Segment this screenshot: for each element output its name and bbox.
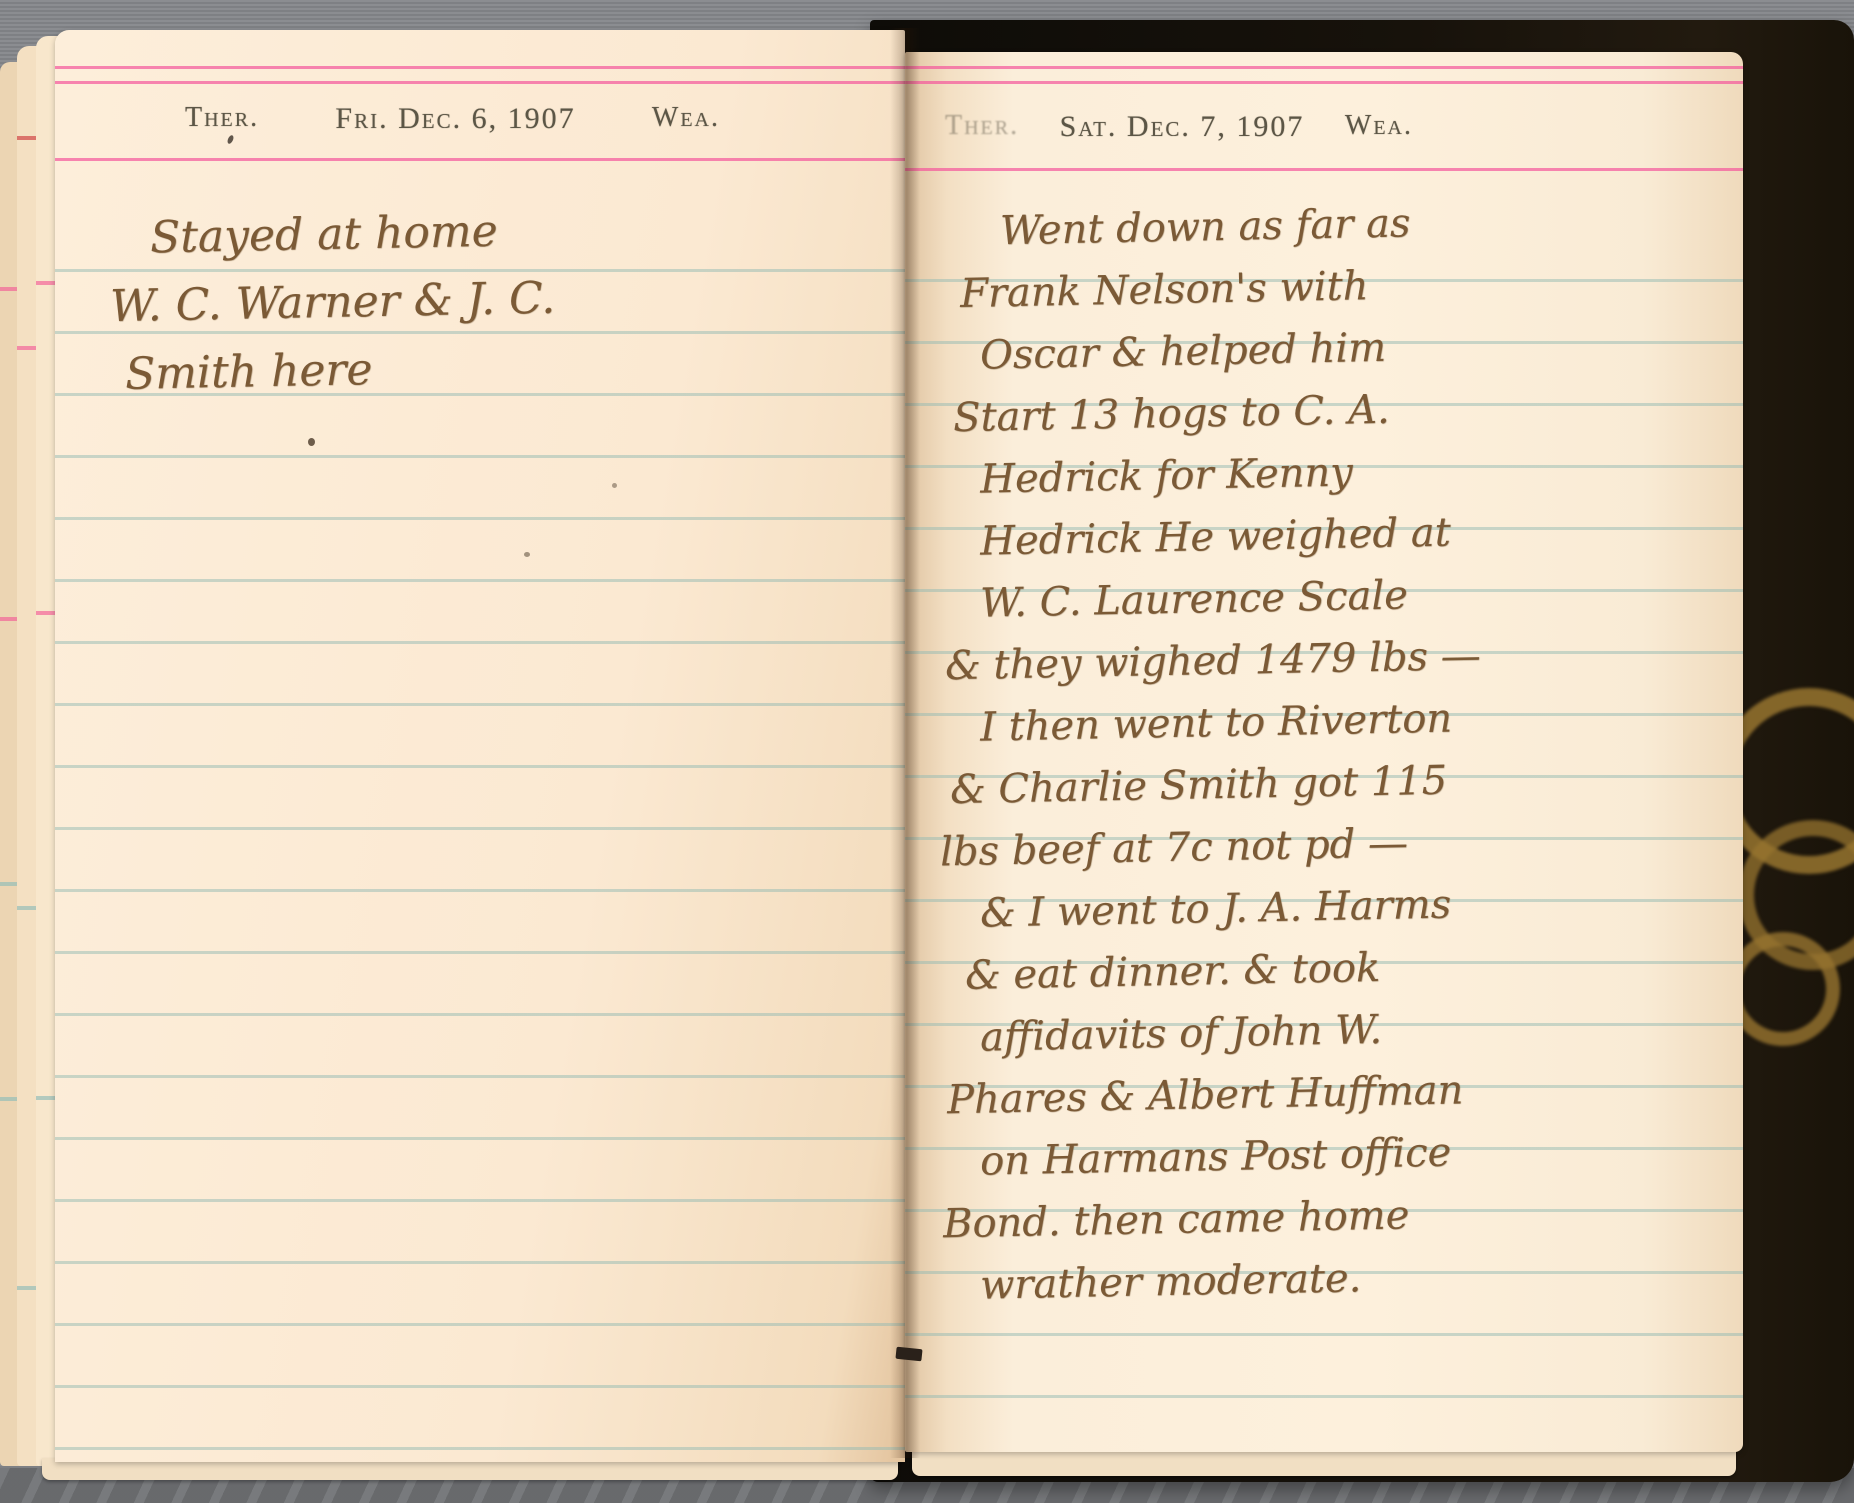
page-header: Ther. Sat. Dec. 7, 1907 Wea. xyxy=(905,110,1743,144)
page-header: Ther. Fri. Dec. 6, 1907 Wea. xyxy=(55,102,905,136)
pink-rule xyxy=(905,168,1743,171)
weather-label: Wea. xyxy=(1345,110,1413,144)
ink-speck xyxy=(308,438,315,446)
page-marker xyxy=(895,1347,922,1362)
diary-page-right: Ther. Sat. Dec. 7, 1907 Wea. Went down a… xyxy=(905,52,1743,1452)
pink-rule xyxy=(55,158,905,161)
thermometer-label: Ther. xyxy=(185,102,259,136)
diary-page-left: Ther. Fri. Dec. 6, 1907 Wea. Stayed at h… xyxy=(55,30,905,1462)
page-date: Sat. Dec. 7, 1907 xyxy=(1060,110,1305,144)
diary-entry-right: Went down as far as Frank Nelson's with … xyxy=(905,194,1743,1310)
pink-rule xyxy=(905,81,1743,84)
diary-entry-left: Stayed at home W. C. Warner & J. C. Smit… xyxy=(55,198,905,402)
pink-rule xyxy=(905,66,1743,69)
pink-rule xyxy=(55,81,905,84)
weather-label: Wea. xyxy=(652,102,720,136)
scanned-diary-photo: { "book": { "left_page": { "ther_label":… xyxy=(0,0,1854,1503)
ink-speck xyxy=(524,552,530,557)
book-gutter-shadow xyxy=(890,28,920,1458)
page-date: Fri. Dec. 6, 1907 xyxy=(335,102,575,136)
underlying-page-edge xyxy=(912,1448,1736,1476)
thermometer-label: Ther. xyxy=(945,110,1019,144)
pink-rule xyxy=(55,66,905,69)
ink-speck xyxy=(612,483,617,488)
